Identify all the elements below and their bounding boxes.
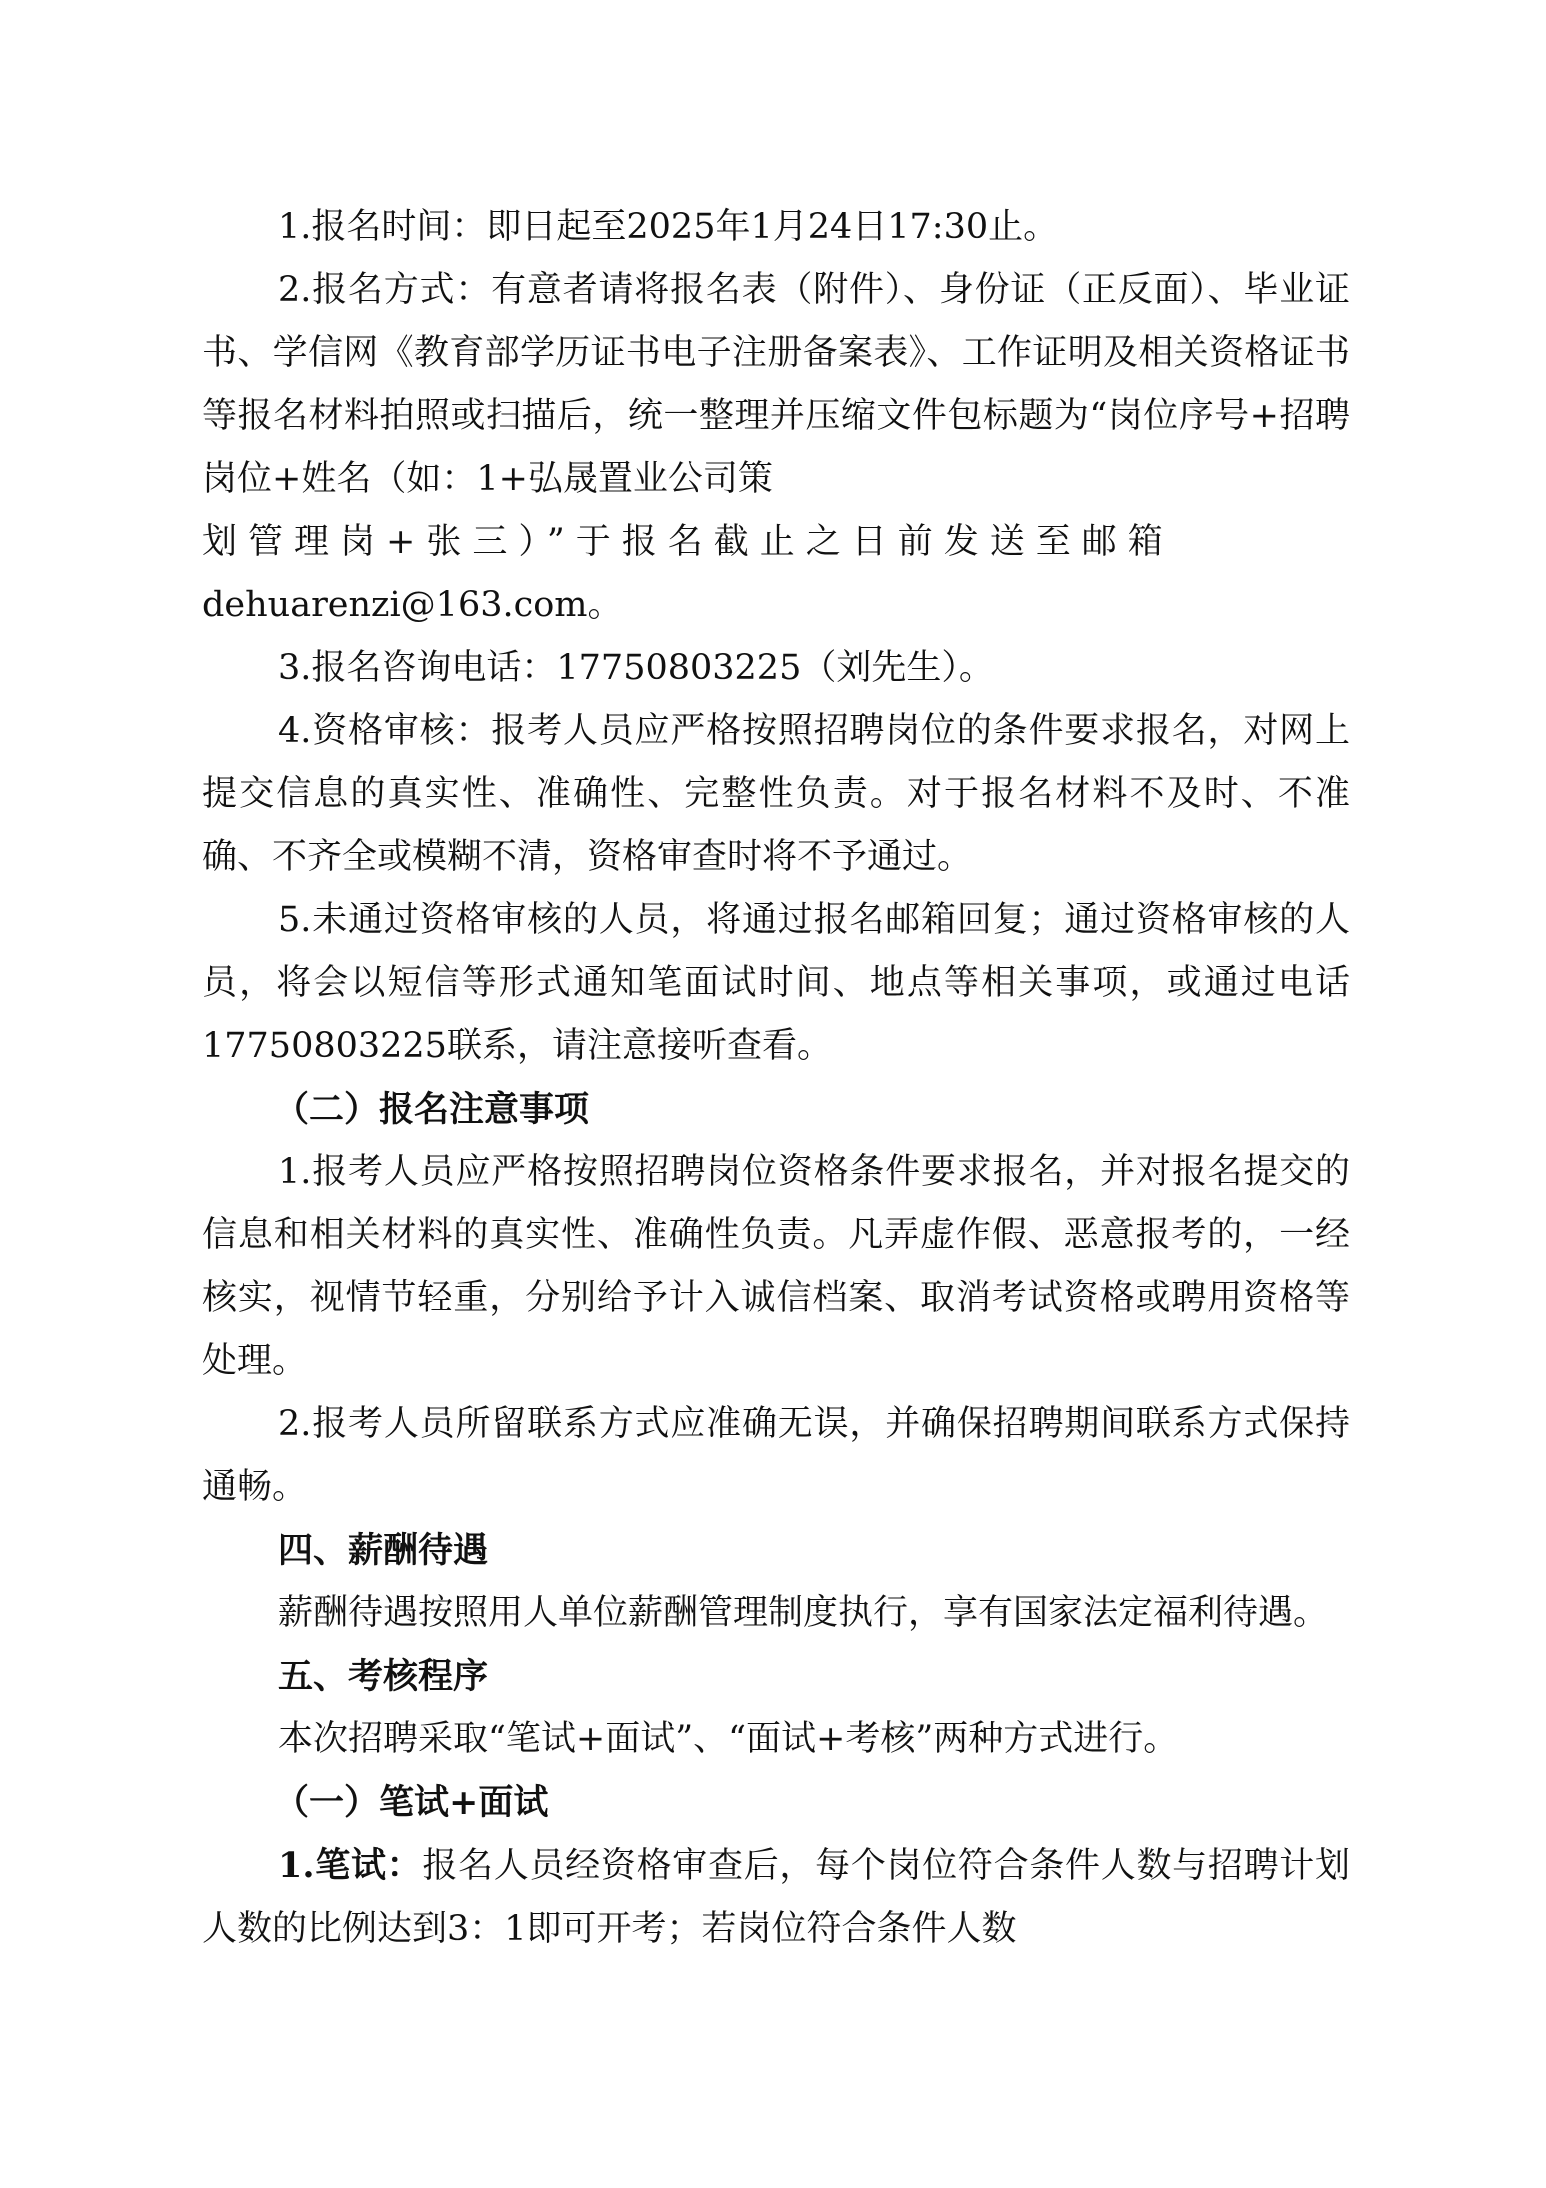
paragraph-qualification-review: 4.资格审核：报考人员应严格按照招聘岗位的条件要求报名，对网上提交信息的真实性、… (202, 700, 1350, 889)
paragraph-compensation: 薪酬待遇按照用人单位薪酬管理制度执行，享有国家法定福利待遇。 (202, 1582, 1350, 1645)
paragraph-registration-method-cont: 划管理岗+张三）”于报名截止之日前发送至邮箱 (202, 511, 1350, 574)
heading-registration-notes: （二）报名注意事项 (202, 1078, 1350, 1141)
paragraph-review-notice: 5.未通过资格审核的人员，将通过报名邮箱回复；通过资格审核的人员，将会以短信等形… (202, 889, 1350, 1078)
paragraph-assessment-methods: 本次招聘采取“笔试+面试”、“面试+考核”两种方式进行。 (202, 1708, 1350, 1771)
paragraph-registration-time: 1.报名时间：即日起至2025年1月24日17:30止。 (202, 196, 1350, 259)
heading-written-interview: （一）笔试+面试 (202, 1771, 1350, 1834)
registration-email: dehuarenzi@163.com。 (202, 574, 1350, 637)
written-exam-label: 1.笔试： (278, 1845, 422, 1886)
heading-assessment-procedure: 五、考核程序 (202, 1645, 1350, 1708)
document-page: 1.报名时间：即日起至2025年1月24日17:30止。 2.报名方式：有意者请… (202, 196, 1350, 1961)
paragraph-written-exam: 1.笔试：报名人员经资格审查后，每个岗位符合条件人数与招聘计划人数的比例达到3：… (202, 1834, 1350, 1961)
paragraph-contact-phone: 3.报名咨询电话：17750803225（刘先生）。 (202, 637, 1350, 700)
heading-compensation: 四、薪酬待遇 (202, 1519, 1350, 1582)
paragraph-registration-method: 2.报名方式：有意者请将报名表（附件）、身份证（正反面）、毕业证书、学信网《教育… (202, 259, 1350, 511)
paragraph-note-2: 2.报考人员所留联系方式应准确无误，并确保招聘期间联系方式保持通畅。 (202, 1393, 1350, 1519)
paragraph-note-1: 1.报考人员应严格按照招聘岗位资格条件要求报名，并对报名提交的信息和相关材料的真… (202, 1141, 1350, 1393)
